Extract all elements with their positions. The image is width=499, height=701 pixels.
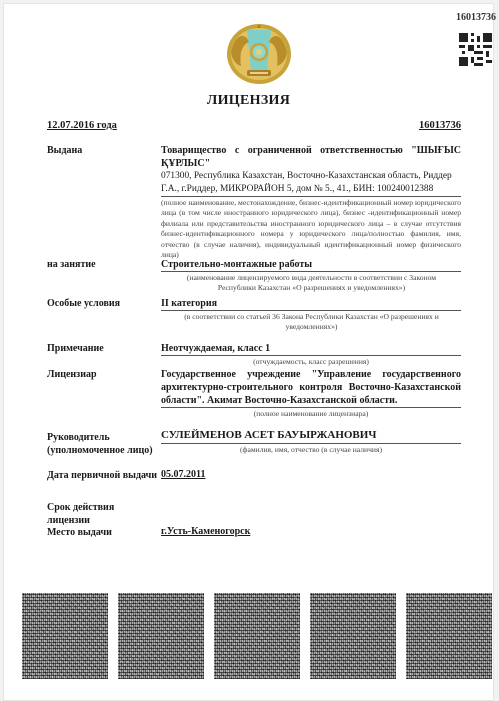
special-conditions-value: II категория (161, 297, 461, 310)
head-value: СУЛЕЙМЕНОВ АСЕТ БАУЫРЖАНОВИЧ (161, 429, 461, 442)
2d-barcode-icon (118, 593, 204, 679)
head-label-line1: Руководитель (47, 431, 153, 444)
place-label: Место выдачи (47, 526, 112, 539)
head-label-line2: (уполномоченное лицо) (47, 444, 153, 457)
remark-label: Примечание (47, 342, 104, 355)
license-document: 16013736 ЛИЦЕНЗИЯ 12.07.2016 года 160137… (3, 3, 494, 699)
validity-label: Срок действия лицензии (47, 501, 114, 527)
underline (161, 443, 461, 444)
2d-barcode-icon (22, 593, 108, 679)
underline (161, 310, 461, 311)
serial-number: 16013736 (456, 12, 496, 23)
first-issue-label: Дата первичной выдачи (47, 469, 157, 482)
2d-barcode-icon (406, 593, 492, 679)
special-conditions-label: Особые условия (47, 297, 120, 310)
2d-barcode-icon (214, 593, 300, 679)
underline (161, 271, 461, 272)
place-value: г.Усть-Каменогорск (161, 526, 250, 537)
license-number: 16013736 (419, 120, 461, 131)
licensor-value: Государственное учреждение "Управление г… (161, 368, 461, 407)
underline (161, 196, 461, 197)
qr-code-icon (459, 32, 492, 67)
issued-to-value: Товарищество с ограниченной ответственно… (161, 144, 461, 170)
validity-label-line1: Срок действия (47, 501, 114, 514)
activity-note: (наименование лицензируемого вида деятел… (174, 273, 449, 294)
issued-to-address: 071300, Республика Казахстан, Восточно-К… (161, 170, 461, 196)
head-note: (фамилия, имя, отчество (в случае наличи… (161, 445, 461, 455)
2d-barcode-icon (310, 593, 396, 679)
underline (161, 407, 461, 408)
first-issue-value: 05.07.2011 (161, 469, 205, 480)
special-conditions-note: (в соответствии со статьей 36 Закона Рес… (174, 312, 449, 333)
head-label: Руководитель (уполномоченное лицо) (47, 431, 153, 457)
page-title: ЛИЦЕНЗИЯ (4, 93, 493, 109)
activity-label: на занятие (47, 258, 96, 271)
activity-value: Строительно-монтажные работы (161, 258, 461, 271)
state-emblem-icon (225, 22, 293, 86)
licensor-label: Лицензиар (47, 368, 97, 381)
issued-to-label: Выдана (47, 144, 82, 157)
remark-value: Неотчуждаемая, класс 1 (161, 342, 461, 355)
underline (161, 355, 461, 356)
remark-note: (отчуждаемость, класс разрешения) (161, 357, 461, 367)
licensor-note: (полное наименование лицензиара) (161, 409, 461, 419)
barcode-strip (22, 593, 492, 681)
issue-date: 12.07.2016 года (47, 120, 117, 131)
issued-to-note: (полное наименование, местонахождение, б… (161, 198, 461, 260)
